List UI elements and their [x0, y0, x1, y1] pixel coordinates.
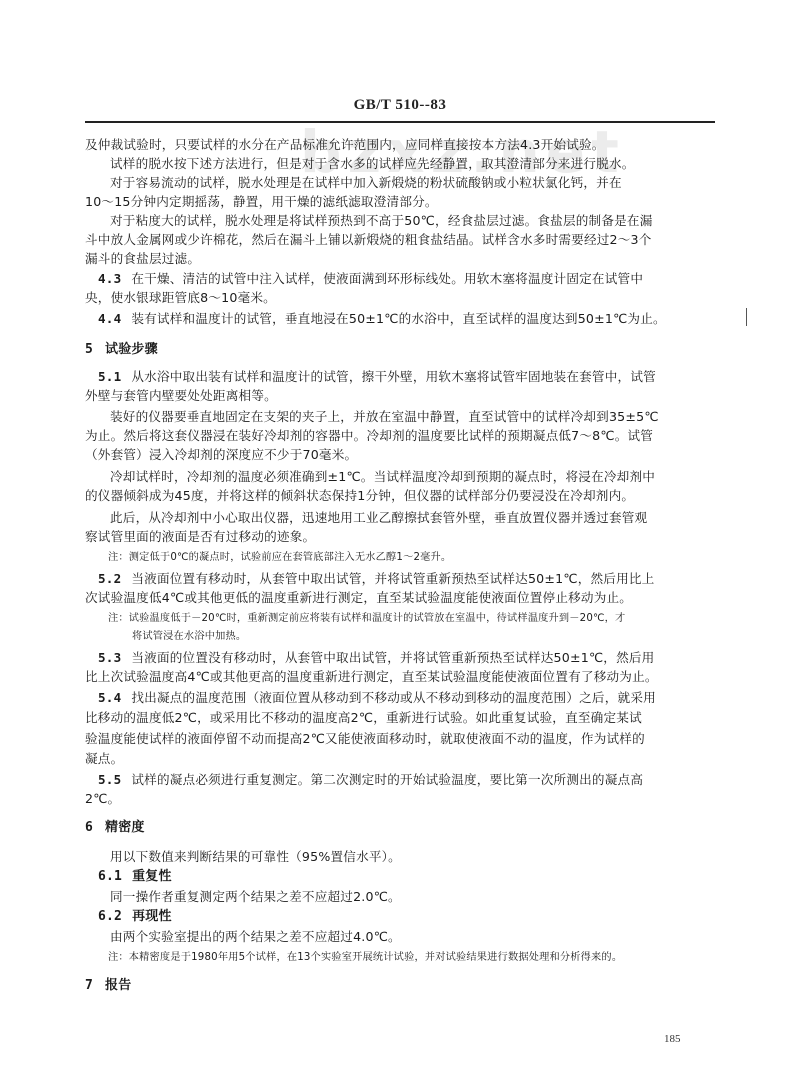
paragraph-line: 比移动的温度低2℃，或采用比不移动的温度高2℃，重新进行试验。如此重复试验，直至… [85, 710, 715, 726]
section-number: 5 [85, 342, 93, 357]
paragraph-line: 及仲裁试验时，只要试样的水分在产品标准允许范围内，应同样直接按本方法4.3开始试… [85, 137, 715, 153]
clause-4-3: 4.3在干燥、清洁的试管中注入试样，使液面满到环形标线处。用软木塞将温度计固定在… [98, 271, 728, 287]
section-7-heading: 7报告 [85, 978, 715, 994]
paragraph-line: 验温度能使试样的液面停留不动而提高2℃又能使液面移动时，就取使液面不动的温度，作… [85, 731, 715, 747]
clause-6-1-heading: 6.1重复性 [98, 869, 728, 885]
clause-title: 再现性 [132, 909, 172, 924]
clause-number: 5.1 [98, 369, 121, 384]
paragraph-line: 斗中放人金属网或少许棉花，然后在漏斗上铺以新煅烧的粗食盐结晶。试样含水多时需要经… [85, 232, 715, 248]
section-title: 试验步骤 [105, 342, 158, 357]
page-number: 185 [664, 1033, 681, 1045]
header-rule [85, 121, 715, 123]
clause-5-5: 5.5试样的凝点必须进行重复测定。第二次测定时的开始试验温度，要比第一次所测出的… [98, 772, 728, 788]
paragraph-line: 2℃。 [85, 791, 715, 807]
clause-5-1: 5.1从水浴中取出装有试样和温度计的试管，擦干外壁，用软木塞将试管牢固地装在套管… [98, 369, 728, 385]
clause-5-2: 5.2当液面位置有移动时，从套管中取出试管，并将试管重新预热至试样达50±1℃，… [98, 571, 728, 587]
section-title: 精密度 [105, 820, 145, 835]
clause-title: 重复性 [132, 869, 172, 884]
clause-5-4: 5.4找出凝点的温度范围（液面位置从移动到不移动或从不移动到移动的温度范围）之后… [98, 690, 728, 706]
paragraph-line: 用以下数值来判断结果的可靠性（95%置信水平）。 [110, 849, 740, 865]
paragraph-line: 冷却试样时，冷却剂的温度必须准确到±1℃。当试样温度冷却到预期的凝点时，将浸在冷… [110, 469, 740, 485]
document-page: bzxz.net GB/T 510--83 及仲裁试验时，只要试样的水分在产品标… [0, 0, 800, 1075]
paragraph-line: 比上次试验温度高4℃或其他更高的温度重新进行测定，直至某试验温度能使液面位置有了… [85, 669, 715, 685]
clause-6-2-heading: 6.2再现性 [98, 909, 728, 925]
note: 注：测定低于0℃的凝点时，试验前应在套管底部注入无水乙醇1～2毫升。 [108, 550, 738, 566]
paragraph-line: （外套管）浸入冷却剂的深度应不少于70毫米。 [85, 447, 715, 463]
paragraph-line: 装好的仪器要垂直地固定在支架的夹子上，并放在室温中静置，直至试管中的试样冷却到3… [110, 409, 740, 425]
paragraph-line: 外壁与套管内壁要处处距离相等。 [85, 388, 715, 404]
paragraph-line: 为止。然后将这套仪器浸在装好冷却剂的容器中。冷却剂的温度要比试样的预期凝点低7～… [85, 428, 715, 444]
note-continued: 将试管浸在水浴中加热。 [132, 629, 762, 645]
note: 注：本精密度是于1980年用5个试样，在13个实验室开展统计试验，并对试验结果进… [108, 950, 738, 966]
clause-text: 当液面的位置没有移动时，从套管中取出试管，并将试管重新预热至试样达50±1℃，然… [131, 650, 654, 665]
paragraph-line: 央，使水银球距管底8～10毫米。 [85, 290, 715, 306]
paragraph-line: 同一操作者重复测定两个结果之差不应超过2.0℃。 [110, 889, 740, 905]
paragraph-line: 10～15分钟内定期摇荡，静置，用干燥的滤纸滤取澄清部分。 [85, 194, 715, 210]
clause-number: 5.2 [98, 571, 121, 586]
note: 注：试验温度低于－20℃时，重新测定前应将装有试样和温度计的试管放在室温中，待试… [108, 611, 738, 627]
section-number: 6 [85, 820, 93, 835]
clause-text: 从水浴中取出装有试样和温度计的试管，擦干外壁，用软木塞将试管牢固地装在套管中，试… [131, 369, 656, 384]
section-title: 报告 [105, 978, 131, 993]
margin-mark [746, 308, 747, 326]
clause-number: 6.1 [98, 869, 122, 884]
paragraph-line: 由两个实验室提出的两个结果之差不应超过4.0℃。 [110, 929, 740, 945]
clause-number: 5.5 [98, 772, 121, 787]
paragraph-line: 此后，从冷却剂中小心取出仪器，迅速地用工业乙醇擦拭套管外壁，垂直放置仪器并透过套… [110, 510, 740, 526]
clause-number: 5.3 [98, 650, 121, 665]
clause-text: 当液面位置有移动时，从套管中取出试管，并将试管重新预热至试样达50±1℃，然后用… [131, 571, 654, 586]
section-number: 7 [85, 978, 93, 993]
clause-text: 试样的凝点必须进行重复测定。第二次测定时的开始试验温度，要比第一次所测出的凝点高 [131, 772, 643, 787]
clause-number: 4.4 [98, 311, 121, 326]
paragraph-line: 对于粘度大的试样，脱水处理是将试样预热到不高于50℃，经食盐层过滤。食盐层的制备… [110, 213, 740, 229]
paragraph-line: 的仪器倾斜成为45度，并将这样的倾斜状态保持1分钟，但仪器的试样部分仍要浸没在冷… [85, 488, 715, 504]
clause-text: 找出凝点的温度范围（液面位置从移动到不移动或从不移动到移动的温度范围）之后，就采… [131, 690, 656, 705]
clause-text: 在干燥、清洁的试管中注入试样，使液面满到环形标线处。用软木塞将温度计固定在试管中 [131, 271, 643, 286]
clause-number: 4.3 [98, 271, 121, 286]
clause-number: 5.4 [98, 690, 121, 705]
paragraph-line: 试样的脱水按下述方法进行，但是对于含水多的试样应先经静置，取其澄清部分来进行脱水… [110, 156, 740, 172]
paragraph-line: 凝点。 [85, 751, 715, 767]
clause-5-3: 5.3当液面的位置没有移动时，从套管中取出试管，并将试管重新预热至试样达50±1… [98, 650, 728, 666]
standard-code-header: GB/T 510--83 [0, 97, 800, 114]
clause-number: 6.2 [98, 909, 122, 924]
paragraph-line: 察试管里面的液面是否有过移动的迹象。 [85, 529, 715, 545]
clause-4-4: 4.4装有试样和温度计的试管，垂直地浸在50±1℃的水浴中，直至试样的温度达到5… [98, 311, 728, 327]
paragraph-line: 对于容易流动的试样，脱水处理是在试样中加入新煅烧的粉状硫酸钠或小粒状氯化钙，并在 [110, 175, 740, 191]
clause-text: 装有试样和温度计的试管，垂直地浸在50±1℃的水浴中，直至试样的温度达到50±1… [131, 311, 665, 326]
section-5-heading: 5试验步骤 [85, 342, 715, 358]
paragraph-line: 次试验温度低4℃或其他更低的温度重新进行测定，直至某试验温度能使液面位置停止移动… [85, 590, 715, 606]
section-6-heading: 6精密度 [85, 820, 715, 836]
paragraph-line: 漏斗的食盐层过滤。 [85, 251, 715, 267]
